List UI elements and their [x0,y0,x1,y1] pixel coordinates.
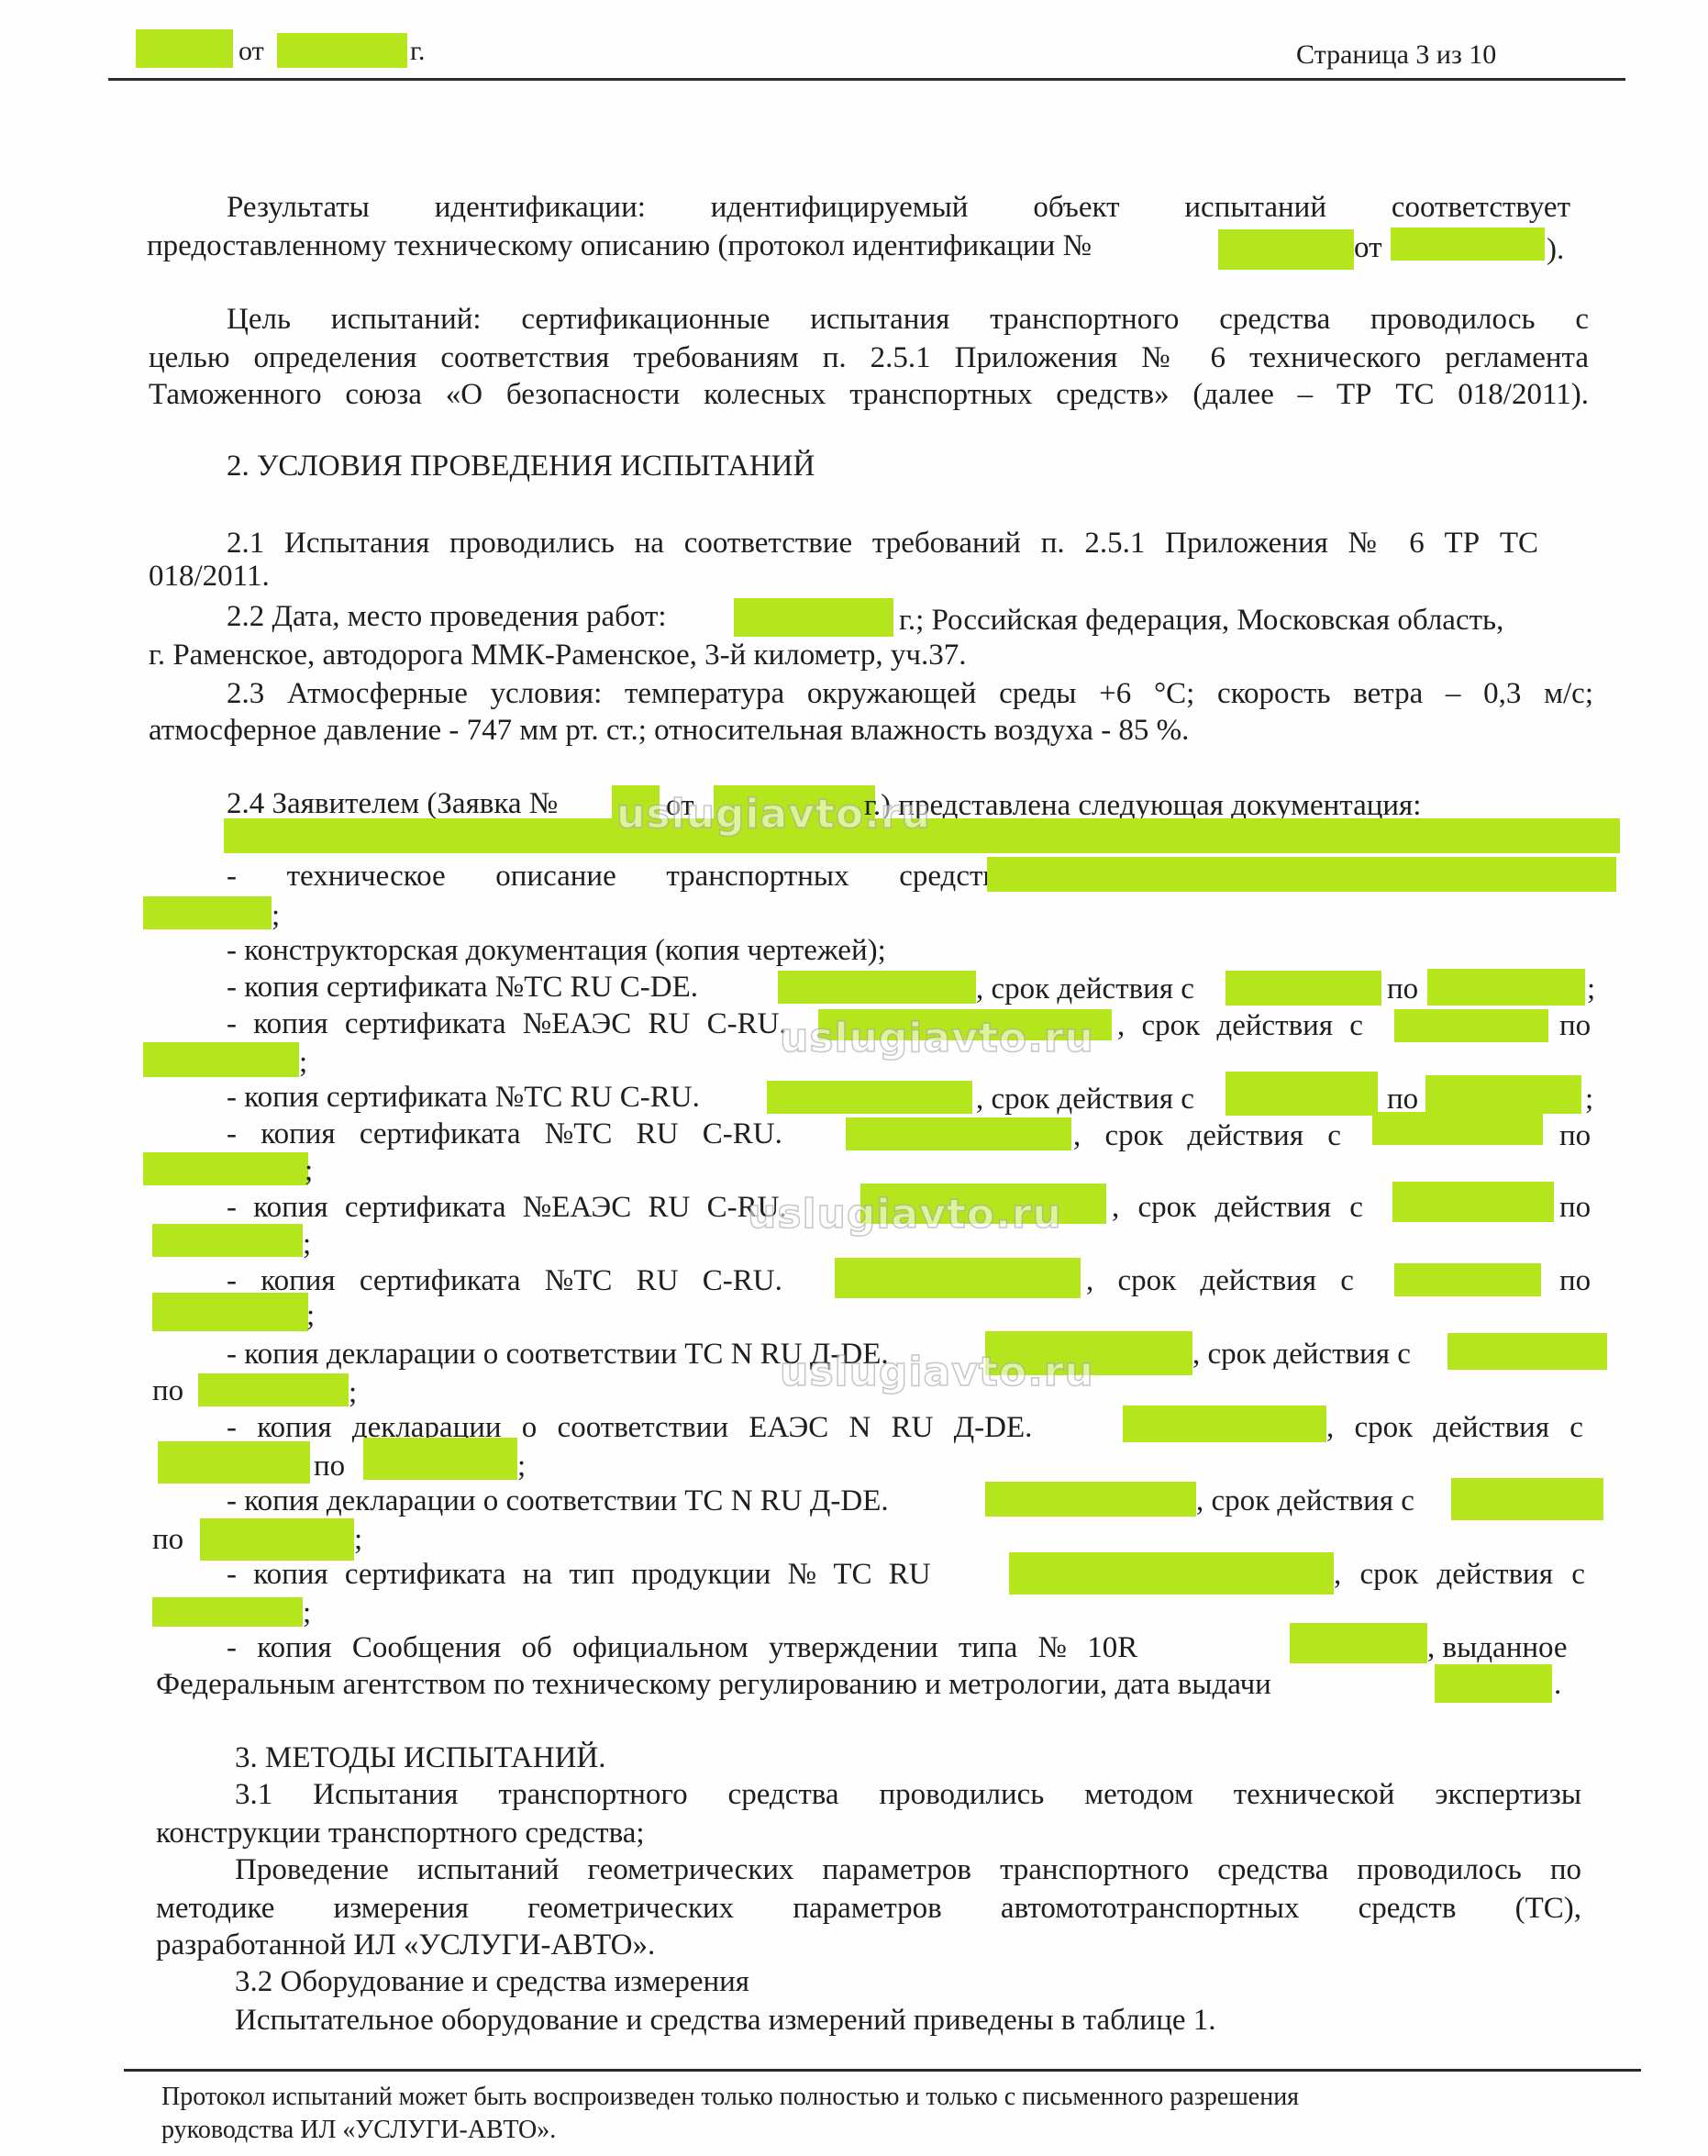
s23-line-2: атмосферное давление - 747 мм рт. ст.; о… [149,712,1189,749]
watermark: uslugiavto.ru [616,791,931,838]
redacted-type-cert-number [1009,1552,1334,1595]
redacted-decl-1-from [1447,1333,1607,1370]
redacted-cert-4-number [846,1117,1071,1150]
validity-to: по [1559,1189,1591,1226]
validity-from: , срок действия с [1073,1117,1341,1154]
redacted-doc-date [277,33,407,68]
redacted-cert-6-number [835,1258,1081,1298]
semicolon: ; [305,1152,313,1189]
geo-line-2: методике измерения геометрических параме… [156,1890,1581,1927]
approval-issued: , выданное [1427,1629,1568,1666]
redacted-cert-6-to [152,1293,308,1331]
s21-line-1: 2.1 Испытания проводились на соответстви… [227,525,1538,561]
doc-type-cert: - копия сертификата на тип продукции № Т… [227,1556,931,1593]
redacted-cert-2-to [143,1042,299,1077]
validity-to: по [1559,1117,1591,1154]
validity-from: , срок действия с [1192,1336,1411,1373]
header-divider [108,78,1625,81]
validity-from: , срок действия с [976,971,1194,1007]
doc-cert-5: - копия сертификата №ЕАЭС RU C-RU. [227,1189,787,1226]
redacted-decl-3-to [200,1518,354,1561]
redacted-cert-3-to [1425,1075,1581,1114]
approval-agency: Федеральным агентством по техническому р… [156,1666,1271,1703]
s23-line-1: 2.3 Атмосферные условия: температура окр… [227,675,1593,712]
footer-line-2: руководства ИЛ «УСЛУГИ-АВТО». [161,2114,556,2147]
redacted-tech-description [987,857,1616,892]
semicolon: ; [354,1521,362,1558]
redacted-cert-5-to [152,1224,303,1257]
redacted-test-date [734,598,893,637]
goal-line-1: Цель испытаний: сертификационные испытан… [227,301,1589,338]
redacted-cert-1-from [1226,971,1381,1006]
document-page: от г. Страница 3 из 10 Результаты иденти… [0,0,1708,2156]
doc-cert-4: - копия сертификата №ТС RU C-RU. [227,1116,782,1152]
s32-heading: 3.2 Оборудование и средства измерения [235,1963,749,2000]
s21-line-2: 018/2011. [149,558,270,595]
redacted-decl-2-to [363,1438,517,1480]
validity-to: по [314,1448,345,1484]
redacted-cert-5-from [1392,1182,1554,1222]
doc-cert-6: - копия сертификата №ТС RU C-RU. [227,1262,782,1299]
semicolon: ; [299,1044,307,1081]
redacted-doc-number [136,29,233,68]
s31-line-1: 3.1 Испытания транспортного средства про… [235,1776,1581,1813]
redacted-decl-1-to [198,1373,349,1406]
semicolon: ; [306,1297,315,1334]
redacted-cert-4-to [143,1152,308,1185]
redacted-cert-1-to [1427,969,1585,1006]
section-2-heading: 2. УСЛОВИЯ ПРОВЕДЕНИЯ ИСПЫТАНИЙ [227,448,815,484]
validity-from: , срок действия с [1112,1189,1363,1226]
redacted-type-cert-from [152,1597,303,1627]
semicolon: ; [517,1448,526,1484]
s22-line-1a: 2.2 Дата, место проведения работ: [227,598,667,635]
validity-from: , срок действия с [976,1081,1194,1117]
goal-line-2: целью определения соответствия требовани… [149,339,1589,376]
doc-decl-3: - копия декларации о соответствии ТС N R… [227,1483,889,1519]
geo-line-3: разработанной ИЛ «УСЛУГИ-АВТО». [156,1927,655,1963]
validity-to: по [152,1373,183,1409]
doc-design-docs: - конструкторская документация (копия че… [227,932,886,969]
redacted-cert-4-from [1372,1112,1543,1145]
redacted-cert-6-from [1394,1263,1541,1296]
watermark: uslugiavto.ru [780,1349,1094,1395]
doc-tech-description: - техническое описание транспортных сред… [227,858,997,895]
header-year-suffix: г. [410,33,425,70]
validity-from: , срок действия с [1117,1007,1363,1044]
validity-from: , срок действия с [1334,1556,1585,1593]
ident-from-label: от [1354,229,1382,266]
redacted-cert-2-from [1394,1009,1548,1042]
ident-close: ). [1547,231,1564,268]
s24-line-a: 2.4 Заявителем (Заявка № [227,785,558,822]
validity-to: по [152,1521,183,1558]
doc-approval-message: - копия Сообщения об официальном утвержд… [227,1629,1137,1666]
semicolon: ; [1587,971,1595,1007]
semicolon: ; [1585,1081,1593,1117]
redacted-approval-number [1290,1623,1427,1663]
doc-cert-3: - копия сертификата №ТС RU C-RU. [227,1079,700,1116]
ident-line-1: Результаты идентификации: идентифицируем… [227,189,1570,226]
redacted-approval-date [1435,1664,1552,1703]
s31-line-2: конструкции транспортного средства; [156,1815,645,1851]
watermark: uslugiavto.ru [780,1015,1094,1061]
footer-line-1: Протокол испытаний может быть воспроизве… [161,2081,1299,2114]
ident-line-2: предоставленному техническому описанию (… [147,228,1092,264]
header-from-label: от [238,33,264,70]
redacted-tech-description-2 [143,896,272,929]
s22-line-2: г. Раменское, автодорога ММК-Раменское, … [149,637,967,673]
s32-text: Испытательное оборудование и средства из… [235,2002,1216,2039]
s22-line-1b: г.; Российская федерация, Московская обл… [899,602,1503,639]
page-number: Страница 3 из 10 [1296,37,1496,73]
redacted-decl-2-from [158,1441,310,1484]
validity-to: по [1559,1007,1591,1044]
redacted-cert-3-from [1226,1072,1378,1116]
redacted-cert-1-number [778,971,976,1004]
validity-to: по [1387,971,1418,1007]
semicolon: ; [349,1374,357,1411]
validity-from: , срок действия с [1326,1409,1583,1446]
redacted-decl-3-number [985,1482,1196,1517]
watermark: uslugiavto.ru [748,1191,1062,1238]
redacted-ident-number [1218,229,1354,270]
footer-divider [124,2069,1641,2072]
semicolon: ; [303,1595,311,1631]
redacted-decl-3-from [1451,1478,1603,1520]
doc-cert-2: - копия сертификата №ЕАЭС RU C-RU. [227,1006,787,1042]
redacted-ident-date [1391,228,1545,261]
validity-to: по [1559,1262,1591,1299]
redacted-cert-3-number [767,1081,972,1114]
validity-from: , срок действия с [1196,1483,1414,1519]
doc-cert-1: - копия сертификата №ТС RU C-DE. [227,969,698,1006]
semicolon: ; [303,1226,311,1262]
validity-from: , срок действия с [1086,1262,1354,1299]
section-3-heading: 3. МЕТОДЫ ИСПЫТАНИЙ. [235,1739,606,1776]
doc-decl-2: - копия декларации о соответствии ЕАЭС N… [227,1409,1032,1446]
redacted-decl-2-number [1123,1406,1326,1442]
period: . [1554,1666,1561,1703]
geo-line-1: Проведение испытаний геометрических пара… [235,1851,1581,1888]
semicolon: ; [272,897,280,934]
goal-line-3: Таможенного союза «О безопасности колесн… [149,376,1589,413]
